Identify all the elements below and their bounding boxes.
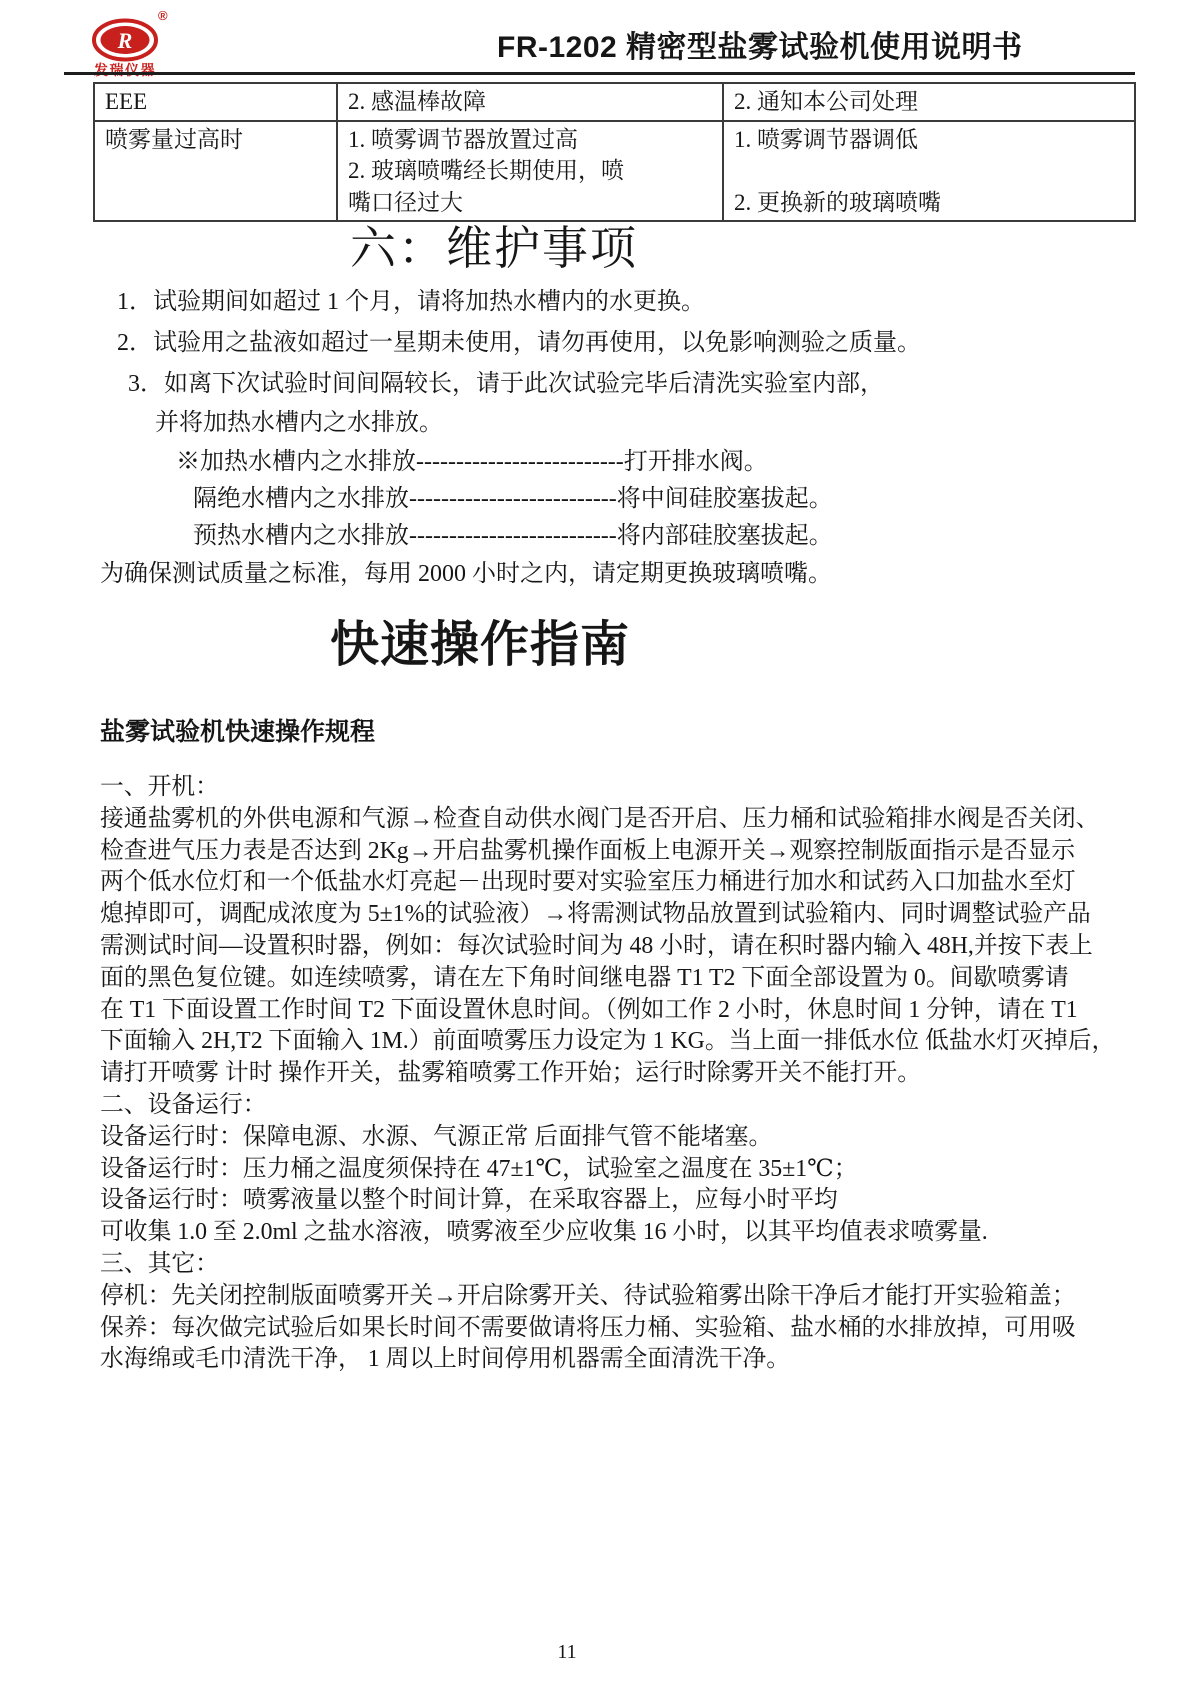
paragraph-line: 保养：每次做完试验后如果长时间不需要做请将压力桶、实验箱、盐水桶的水排放掉，可用… <box>100 1313 1160 1345</box>
paragraph-line: 熄掉即可，调配成浓度为 5±1%的试验液）→将需测试物品放置到试验箱内、同时调整… <box>100 899 1160 931</box>
paragraph-line: 三、其它： <box>100 1249 1160 1281</box>
paragraph-line: 一、开机： <box>100 772 1160 804</box>
section-title-quick-guide: 快速操作指南 <box>330 606 630 676</box>
paragraph-line: 面的黑色复位键。如连续喷雾，请在左下角时间继电器 T1 T2 下面全部设置为 0… <box>100 963 1160 995</box>
quick-guide-body: 一、开机： 接通盐雾机的外供电源和气源→检查自动供水阀门是否开启、压力桶和试验箱… <box>100 772 1160 1376</box>
paragraph-line: 可收集 1.0 至 2.0ml 之盐水溶液，喷雾液至少应收集 16 小时，以其平… <box>100 1217 1160 1249</box>
paragraph-line: 二、设备运行： <box>100 1090 1160 1122</box>
paragraph-line: 下面输入 2H,T2 下面输入 1M.）前面喷雾压力设定为 1 KG。当上面一排… <box>100 1026 1160 1058</box>
fault-remedy-spacer <box>734 155 1124 187</box>
drain-instruction: 预热水槽内之水排放--------------------------将内部硅胶… <box>193 515 833 550</box>
maintenance-item: 2．试验用之盐液如超过一星期未使用，请勿再使用，以免影响测验之质量。 <box>117 322 921 357</box>
section-title-maintenance: 六：维护事项 <box>350 212 638 278</box>
company-logo: R ® 发瑞仪器 <box>90 14 210 76</box>
fault-remedy: 2. 通知本公司处理 <box>734 86 1124 118</box>
table-row: 喷雾量过高时 1. 喷雾调节器放置过高 2. 玻璃喷嘴经长期使用，喷 嘴口径过大… <box>94 121 1135 222</box>
page-number: 11 <box>547 1641 587 1664</box>
drain-instruction: 隔绝水槽内之水排放--------------------------将中间硅胶… <box>193 478 833 513</box>
fault-cause: 1. 喷雾调节器放置过高 <box>348 124 712 156</box>
paragraph-line: 设备运行时：压力桶之温度须保持在 47±1℃，试验室之温度在 35±1℃； <box>100 1154 1160 1186</box>
paragraph-line: 接通盐雾机的外供电源和气源→检查自动供水阀门是否开启、压力桶和试验箱排水阀是否关… <box>100 804 1160 836</box>
paragraph-line: 停机：先关闭控制版面喷雾开关→开启除雾开关、待试验箱雾出除干净后才能打开实验箱盖… <box>100 1281 1160 1313</box>
paragraph-line: 水海绵或毛巾清洗干净， 1 周以上时间停用机器需全面清洗干净。 <box>100 1344 1160 1376</box>
fault-cause: 2. 感温棒故障 <box>348 86 712 118</box>
paragraph-line: 检查进气压力表是否达到 2Kg→开启盐雾机操作面板上电源开关→观察控制版面指示是… <box>100 836 1160 868</box>
maintenance-item: 1．试验期间如超过 1 个月，请将加热水槽内的水更换。 <box>117 281 705 316</box>
fault-remedy: 1. 喷雾调节器调低 <box>734 124 1124 156</box>
fault-cause: 2. 玻璃喷嘴经长期使用，喷 <box>348 155 712 187</box>
quick-guide-subtitle: 盐雾试验机快速操作规程 <box>100 712 375 748</box>
paragraph-line: 需测试时间—设置积时器，例如：每次试验时间为 48 小时，请在积时器内输入 48… <box>100 931 1160 963</box>
paragraph-line: 请打开喷雾 计时 操作开关，盐雾箱喷雾工作开始；运行时除雾开关不能打开。 <box>100 1058 1160 1090</box>
manual-page: R ® 发瑞仪器 FR-1202 精密型盐雾试验机使用说明书 EEE 2. 感温… <box>0 0 1200 1697</box>
fault-name: EEE <box>105 86 326 118</box>
header-divider <box>64 72 1135 75</box>
paragraph-line: 在 T1 下面设置工作时间 T2 下面设置休息时间。（例如工作 2 小时，休息时… <box>100 995 1160 1027</box>
paragraph-line: 两个低水位灯和一个低盐水灯亮起－出现时要对实验室压力桶进行加水和试药入口加盐水至… <box>100 867 1160 899</box>
maintenance-note: 为确保测试质量之标准，每用 2000 小时之内，请定期更换玻璃喷嘴。 <box>100 553 832 588</box>
maintenance-item: 3．如离下次试验时间间隔较长，请于此次试验完毕后清洗实验室内部， <box>128 363 884 398</box>
logo-ellipse-icon: R <box>92 18 158 62</box>
table-row: EEE 2. 感温棒故障 2. 通知本公司处理 <box>94 83 1135 121</box>
maintenance-item-continuation: 并将加热水槽内之水排放。 <box>155 402 443 437</box>
logo-letter: R <box>117 28 133 53</box>
document-title: FR-1202 精密型盐雾试验机使用说明书 <box>497 22 1023 66</box>
fault-remedy: 2. 更换新的玻璃喷嘴 <box>734 187 1124 219</box>
logo-brand-text: 发瑞仪器 <box>94 60 156 80</box>
drain-instruction: ※加热水槽内之水排放--------------------------打开排水… <box>176 441 768 476</box>
fault-name: 喷雾量过高时 <box>105 124 326 156</box>
paragraph-line: 设备运行时：喷雾液量以整个时间计算，在采取容器上，应每小时平均 <box>100 1185 1160 1217</box>
registered-trademark-icon: ® <box>158 8 168 23</box>
paragraph-line: 设备运行时：保障电源、水源、气源正常 后面排气管不能堵塞。 <box>100 1122 1160 1154</box>
fault-table: EEE 2. 感温棒故障 2. 通知本公司处理 喷雾量过高时 1. 喷雾调节器放… <box>93 82 1136 222</box>
